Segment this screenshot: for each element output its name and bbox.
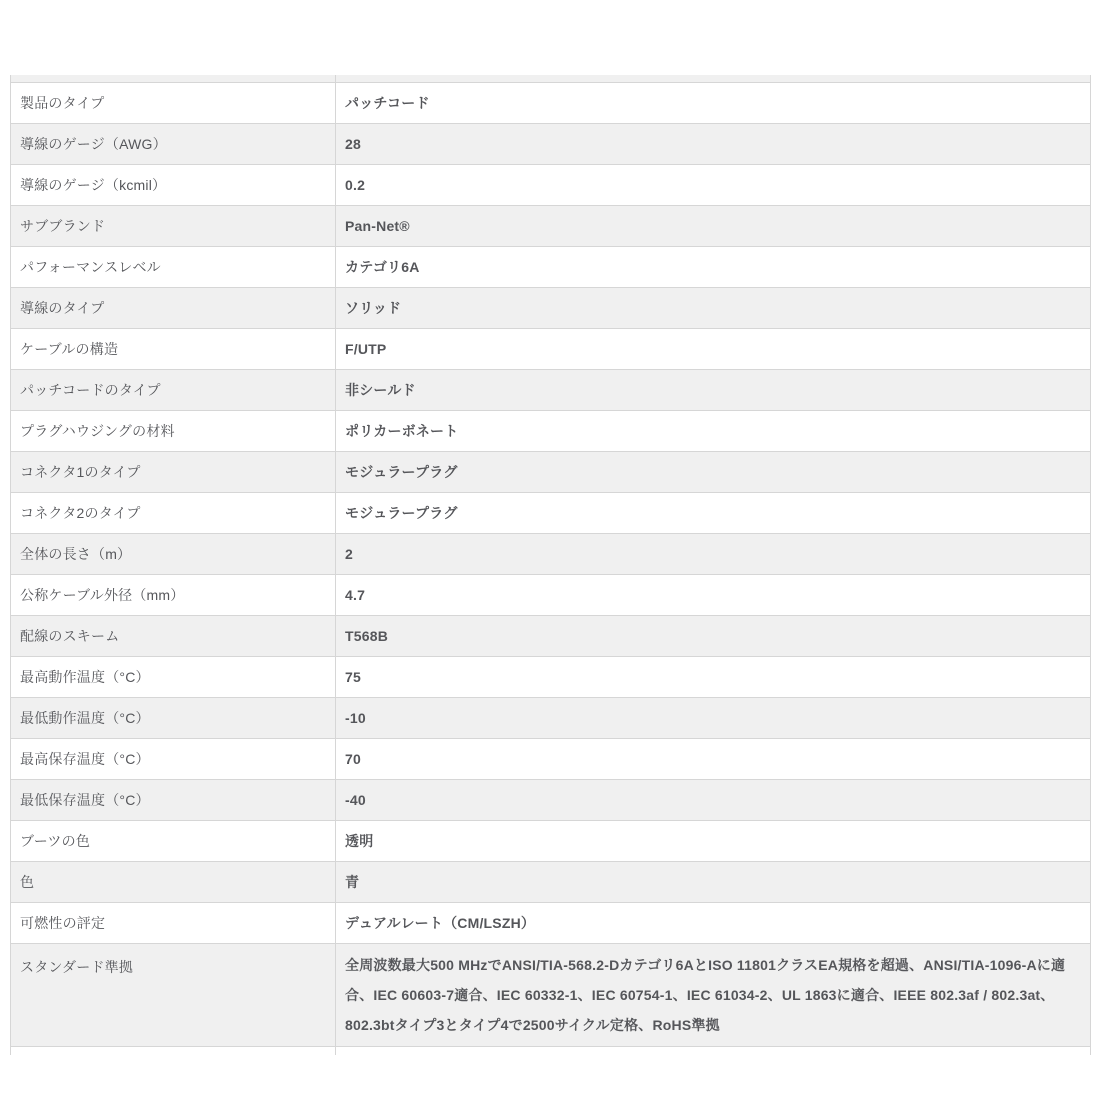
spec-value: デュアルレート（CM/LSZH） xyxy=(336,903,1090,943)
spec-label: 最高保存温度（°C） xyxy=(11,739,336,779)
spec-value: T568B xyxy=(336,616,1090,656)
spec-value: 28 xyxy=(336,124,1090,164)
spec-label: ブーツの色 xyxy=(11,821,336,861)
spec-value: Pan-Net® xyxy=(336,206,1090,246)
spec-value: -40 xyxy=(336,780,1090,820)
spec-label: 配線のスキーム xyxy=(11,616,336,656)
spec-value: 4.7 xyxy=(336,575,1090,615)
table-row: コネクタ1のタイプ モジュラープラグ xyxy=(11,452,1090,493)
table-row: 色 青 xyxy=(11,862,1090,903)
clipped-label-cell xyxy=(11,1047,336,1055)
product-spec-table: 製品のタイプ パッチコード 導線のゲージ（AWG） 28 導線のゲージ（kcmi… xyxy=(10,75,1091,1055)
table-row: ケーブルの構造 F/UTP xyxy=(11,329,1090,370)
table-row: 導線のゲージ（AWG） 28 xyxy=(11,124,1090,165)
spec-label: パッチコードのタイプ xyxy=(11,370,336,410)
spec-label: 色 xyxy=(11,862,336,902)
spec-label: コネクタ1のタイプ xyxy=(11,452,336,492)
spec-value: 全周波数最大500 MHzでANSI/TIA-568.2-Dカテゴリ6AとISO… xyxy=(336,944,1090,1046)
table-row-standards: スタンダード準拠 全周波数最大500 MHzでANSI/TIA-568.2-Dカ… xyxy=(11,944,1090,1047)
table-row: 最低動作温度（°C） -10 xyxy=(11,698,1090,739)
table-row: コネクタ2のタイプ モジュラープラグ xyxy=(11,493,1090,534)
spec-value: ソリッド xyxy=(336,288,1090,328)
spec-label: 公称ケーブル外径（mm） xyxy=(11,575,336,615)
spec-label: プラグハウジングの材料 xyxy=(11,411,336,451)
spec-label: 最低保存温度（°C） xyxy=(11,780,336,820)
table-row: プラグハウジングの材料 ポリカーボネート xyxy=(11,411,1090,452)
spec-label: 最高動作温度（°C） xyxy=(11,657,336,697)
spec-value: ポリカーボネート xyxy=(336,411,1090,451)
spec-label: 最低動作温度（°C） xyxy=(11,698,336,738)
table-row: パフォーマンスレベル カテゴリ6A xyxy=(11,247,1090,288)
table-row: 最高保存温度（°C） 70 xyxy=(11,739,1090,780)
table-row: 最高動作温度（°C） 75 xyxy=(11,657,1090,698)
table-row: 最低保存温度（°C） -40 xyxy=(11,780,1090,821)
table-row: 製品のタイプ パッチコード xyxy=(11,83,1090,124)
table-row: 導線のゲージ（kcmil） 0.2 xyxy=(11,165,1090,206)
table-row: パッチコードのタイプ 非シールド xyxy=(11,370,1090,411)
spec-label: 導線のゲージ（kcmil） xyxy=(11,165,336,205)
clipped-label-cell xyxy=(11,75,336,82)
spec-label: 製品のタイプ xyxy=(11,83,336,123)
table-row: サブブランド Pan-Net® xyxy=(11,206,1090,247)
table-row: 配線のスキーム T568B xyxy=(11,616,1090,657)
spec-value: 青 xyxy=(336,862,1090,902)
table-row: 導線のタイプ ソリッド xyxy=(11,288,1090,329)
spec-value: 2 xyxy=(336,534,1090,574)
spec-value: F/UTP xyxy=(336,329,1090,369)
table-row: 可燃性の評定 デュアルレート（CM/LSZH） xyxy=(11,903,1090,944)
spec-value: -10 xyxy=(336,698,1090,738)
clipped-row-top xyxy=(11,75,1090,83)
spec-label: 可燃性の評定 xyxy=(11,903,336,943)
spec-value: モジュラープラグ xyxy=(336,452,1090,492)
table-row: ブーツの色 透明 xyxy=(11,821,1090,862)
spec-label: パフォーマンスレベル xyxy=(11,247,336,287)
spec-label: コネクタ2のタイプ xyxy=(11,493,336,533)
table-row: 全体の長さ（m） 2 xyxy=(11,534,1090,575)
spec-value: 非シールド xyxy=(336,370,1090,410)
spec-value: 透明 xyxy=(336,821,1090,861)
spec-label: 導線のタイプ xyxy=(11,288,336,328)
spec-value: 75 xyxy=(336,657,1090,697)
spec-value: 0.2 xyxy=(336,165,1090,205)
spec-value: 70 xyxy=(336,739,1090,779)
spec-label: サブブランド xyxy=(11,206,336,246)
spec-label: 導線のゲージ（AWG） xyxy=(11,124,336,164)
spec-value: パッチコード xyxy=(336,83,1090,123)
clipped-row-bottom xyxy=(11,1047,1090,1055)
spec-value: モジュラープラグ xyxy=(336,493,1090,533)
spec-value: カテゴリ6A xyxy=(336,247,1090,287)
table-row: 公称ケーブル外径（mm） 4.7 xyxy=(11,575,1090,616)
spec-label: 全体の長さ（m） xyxy=(11,534,336,574)
spec-label: スタンダード準拠 xyxy=(11,944,336,1046)
spec-label: ケーブルの構造 xyxy=(11,329,336,369)
